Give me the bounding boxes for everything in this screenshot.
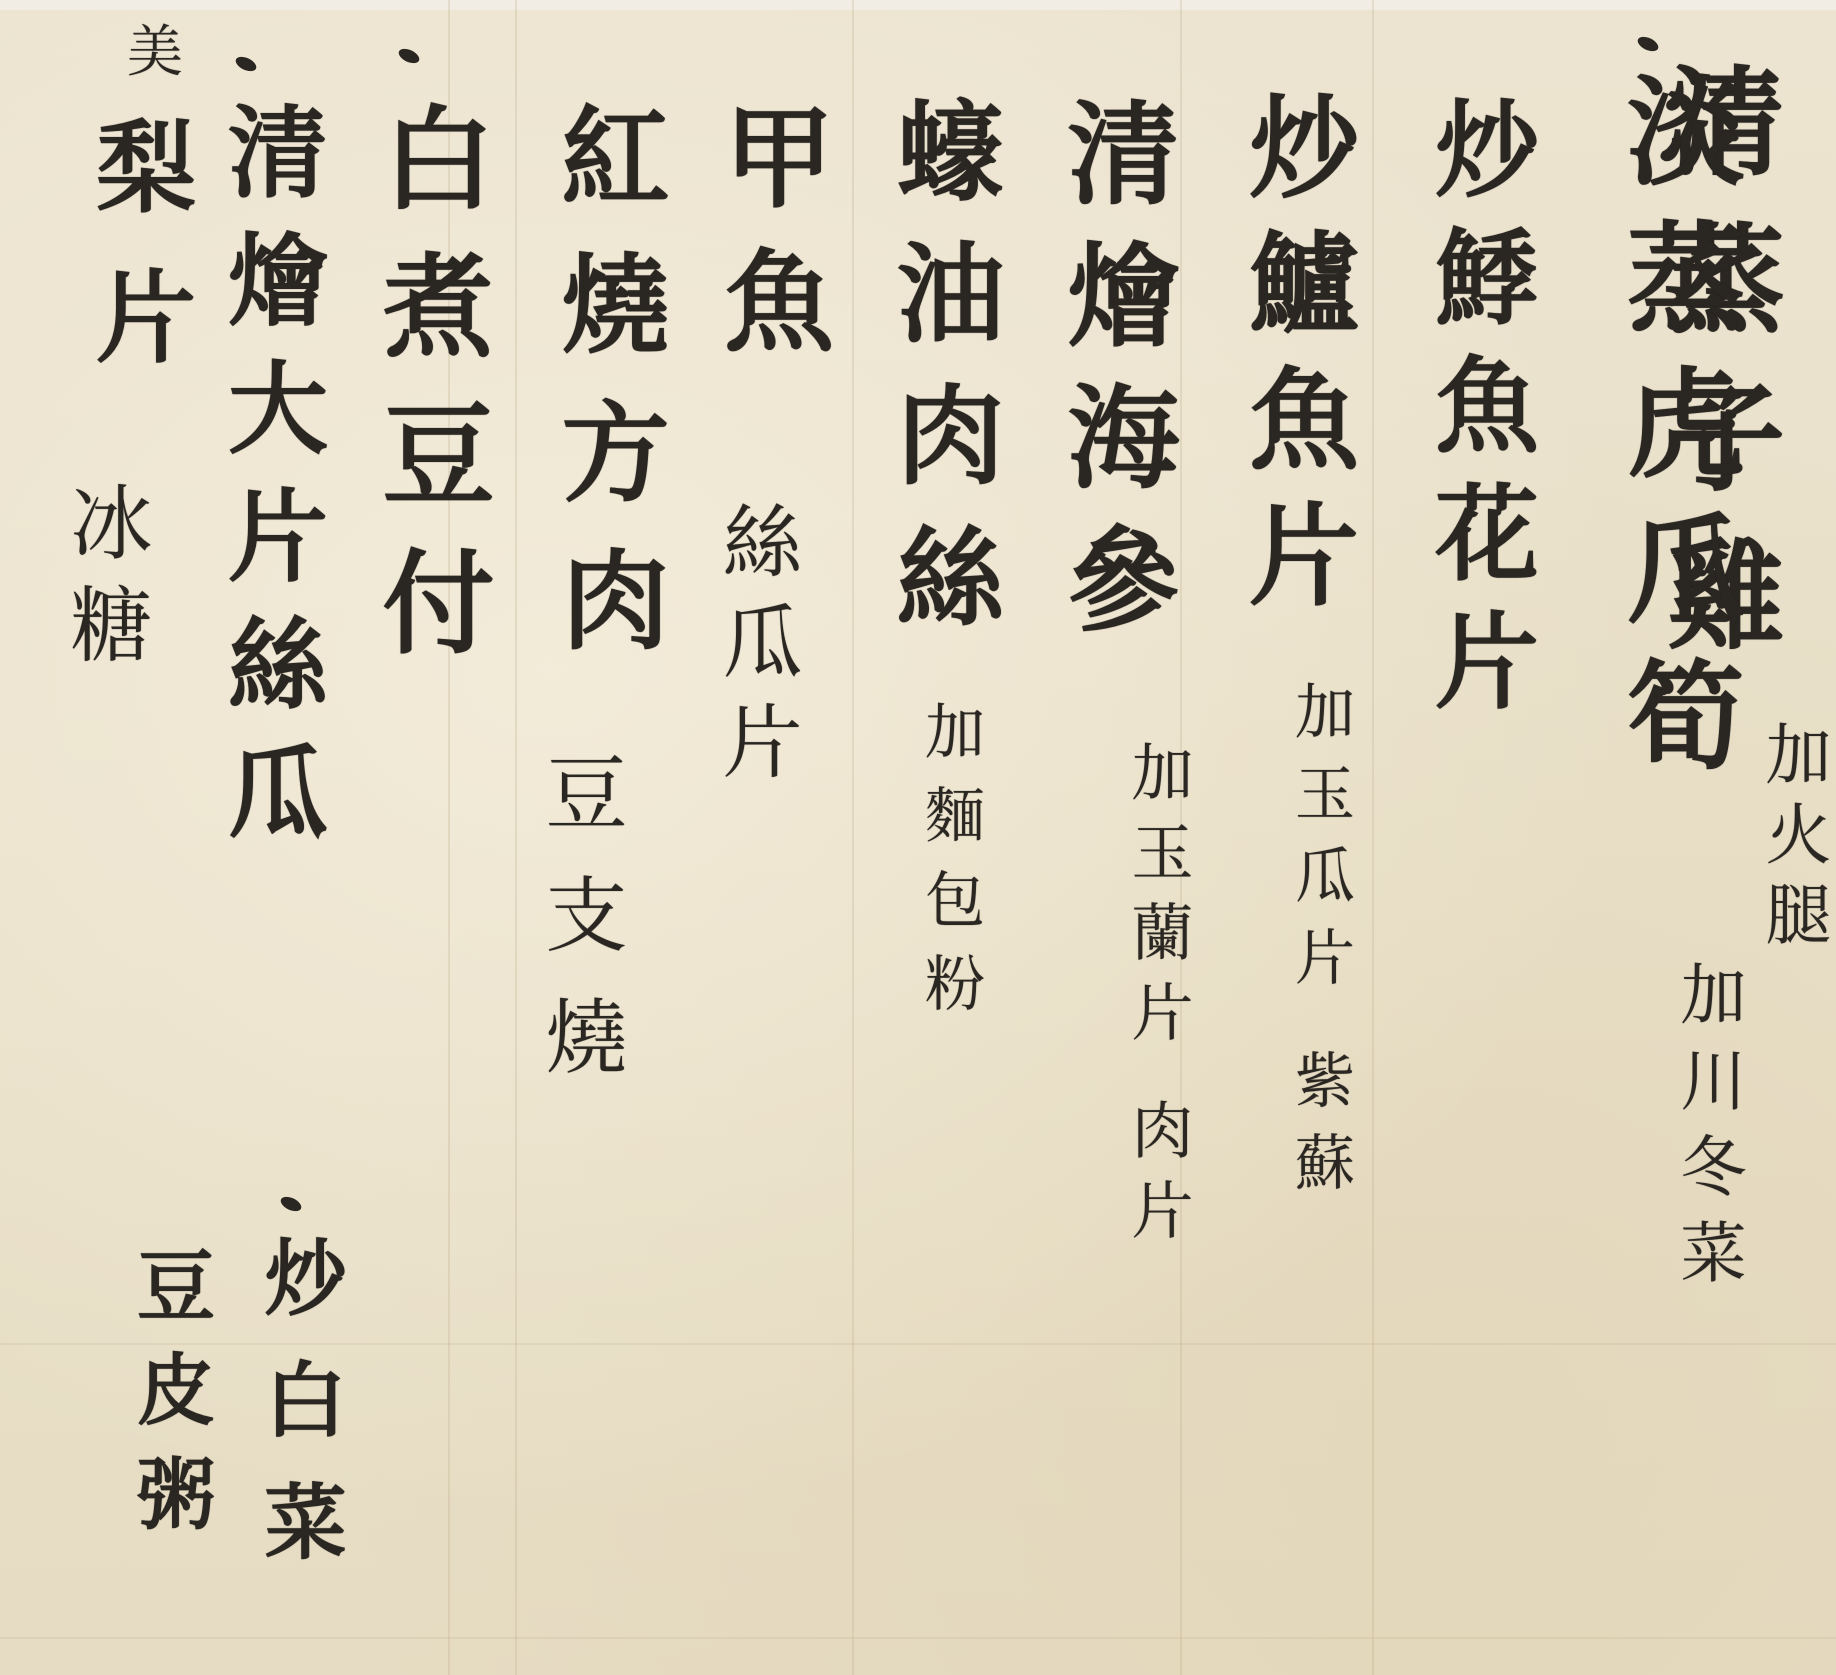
menu-entry-8-note: 豆支燒 bbox=[530, 750, 620, 1116]
menu-entry-11-prefix: 美 bbox=[120, 25, 190, 95]
paper-top-edge bbox=[0, 0, 1836, 10]
menu-entry-6-note: 加麵包粉 bbox=[890, 700, 980, 1036]
menu-entry-4-note: 加玉瓜片 紫蘇 bbox=[1260, 680, 1350, 1213]
note-text: 加火腿 bbox=[1735, 720, 1825, 960]
note-text: 豆支燒 bbox=[530, 750, 620, 1116]
dish-text: 清燴海參 bbox=[1020, 95, 1170, 663]
dish-text: 炒白菜 bbox=[250, 1235, 340, 1601]
note-text: 絲瓜片 bbox=[705, 500, 795, 800]
dish-text: 紅燒方肉 bbox=[510, 100, 660, 692]
dish-text: 淡蒸虎爪筍 bbox=[1585, 70, 1735, 800]
menu-entry-2-note: 加川冬菜 bbox=[1650, 960, 1740, 1304]
menu-entry-6: 蠔油肉絲 bbox=[845, 95, 995, 663]
dish-text: 白煮豆付 bbox=[335, 100, 485, 692]
menu-entry-12: 炒白菜 bbox=[250, 1235, 340, 1601]
menu-entry-5-note: 加玉蘭片 肉片 bbox=[1098, 740, 1188, 1258]
menu-entry-2: 淡蒸虎爪筍 bbox=[1585, 70, 1735, 800]
menu-entry-11: 梨片 bbox=[38, 115, 188, 415]
dish-text: 甲魚 bbox=[675, 100, 825, 388]
menu-entry-7: 甲魚 bbox=[675, 100, 825, 388]
menu-entry-5: 清燴海參 bbox=[1020, 95, 1170, 663]
menu-entry-11-note: 冰糖 bbox=[55, 480, 145, 684]
note-text: 冰糖 bbox=[55, 480, 145, 684]
note-text: 加玉蘭片 肉片 bbox=[1098, 740, 1188, 1258]
note-text: 加川冬菜 bbox=[1650, 960, 1740, 1304]
grid-line bbox=[0, 1637, 1836, 1639]
menu-entry-4: 炒鱸魚片 bbox=[1200, 90, 1350, 634]
menu-entry-3: 炒鯚魚花片 bbox=[1380, 95, 1530, 735]
menu-entry-7-note: 絲瓜片 bbox=[705, 500, 795, 800]
menu-entry-13: 豆皮粥 bbox=[118, 1245, 208, 1557]
dish-text: 炒鯚魚花片 bbox=[1380, 95, 1530, 735]
grid-line bbox=[1372, 0, 1374, 1675]
dish-text: 梨片 bbox=[38, 115, 188, 415]
prefix-text: 美 bbox=[120, 25, 190, 95]
note-text: 加玉瓜片 紫蘇 bbox=[1260, 680, 1350, 1213]
dish-text: 炒鱸魚片 bbox=[1200, 90, 1350, 634]
dish-text: 蠔油肉絲 bbox=[845, 95, 995, 663]
menu-entry-8: 紅燒方肉 bbox=[510, 100, 660, 692]
menu-entry-9: 白煮豆付 bbox=[335, 100, 485, 692]
menu-entry-1-note: 加火腿 bbox=[1735, 720, 1825, 960]
note-text: 加麵包粉 bbox=[890, 700, 980, 1036]
dish-text: 豆皮粥 bbox=[118, 1245, 208, 1557]
